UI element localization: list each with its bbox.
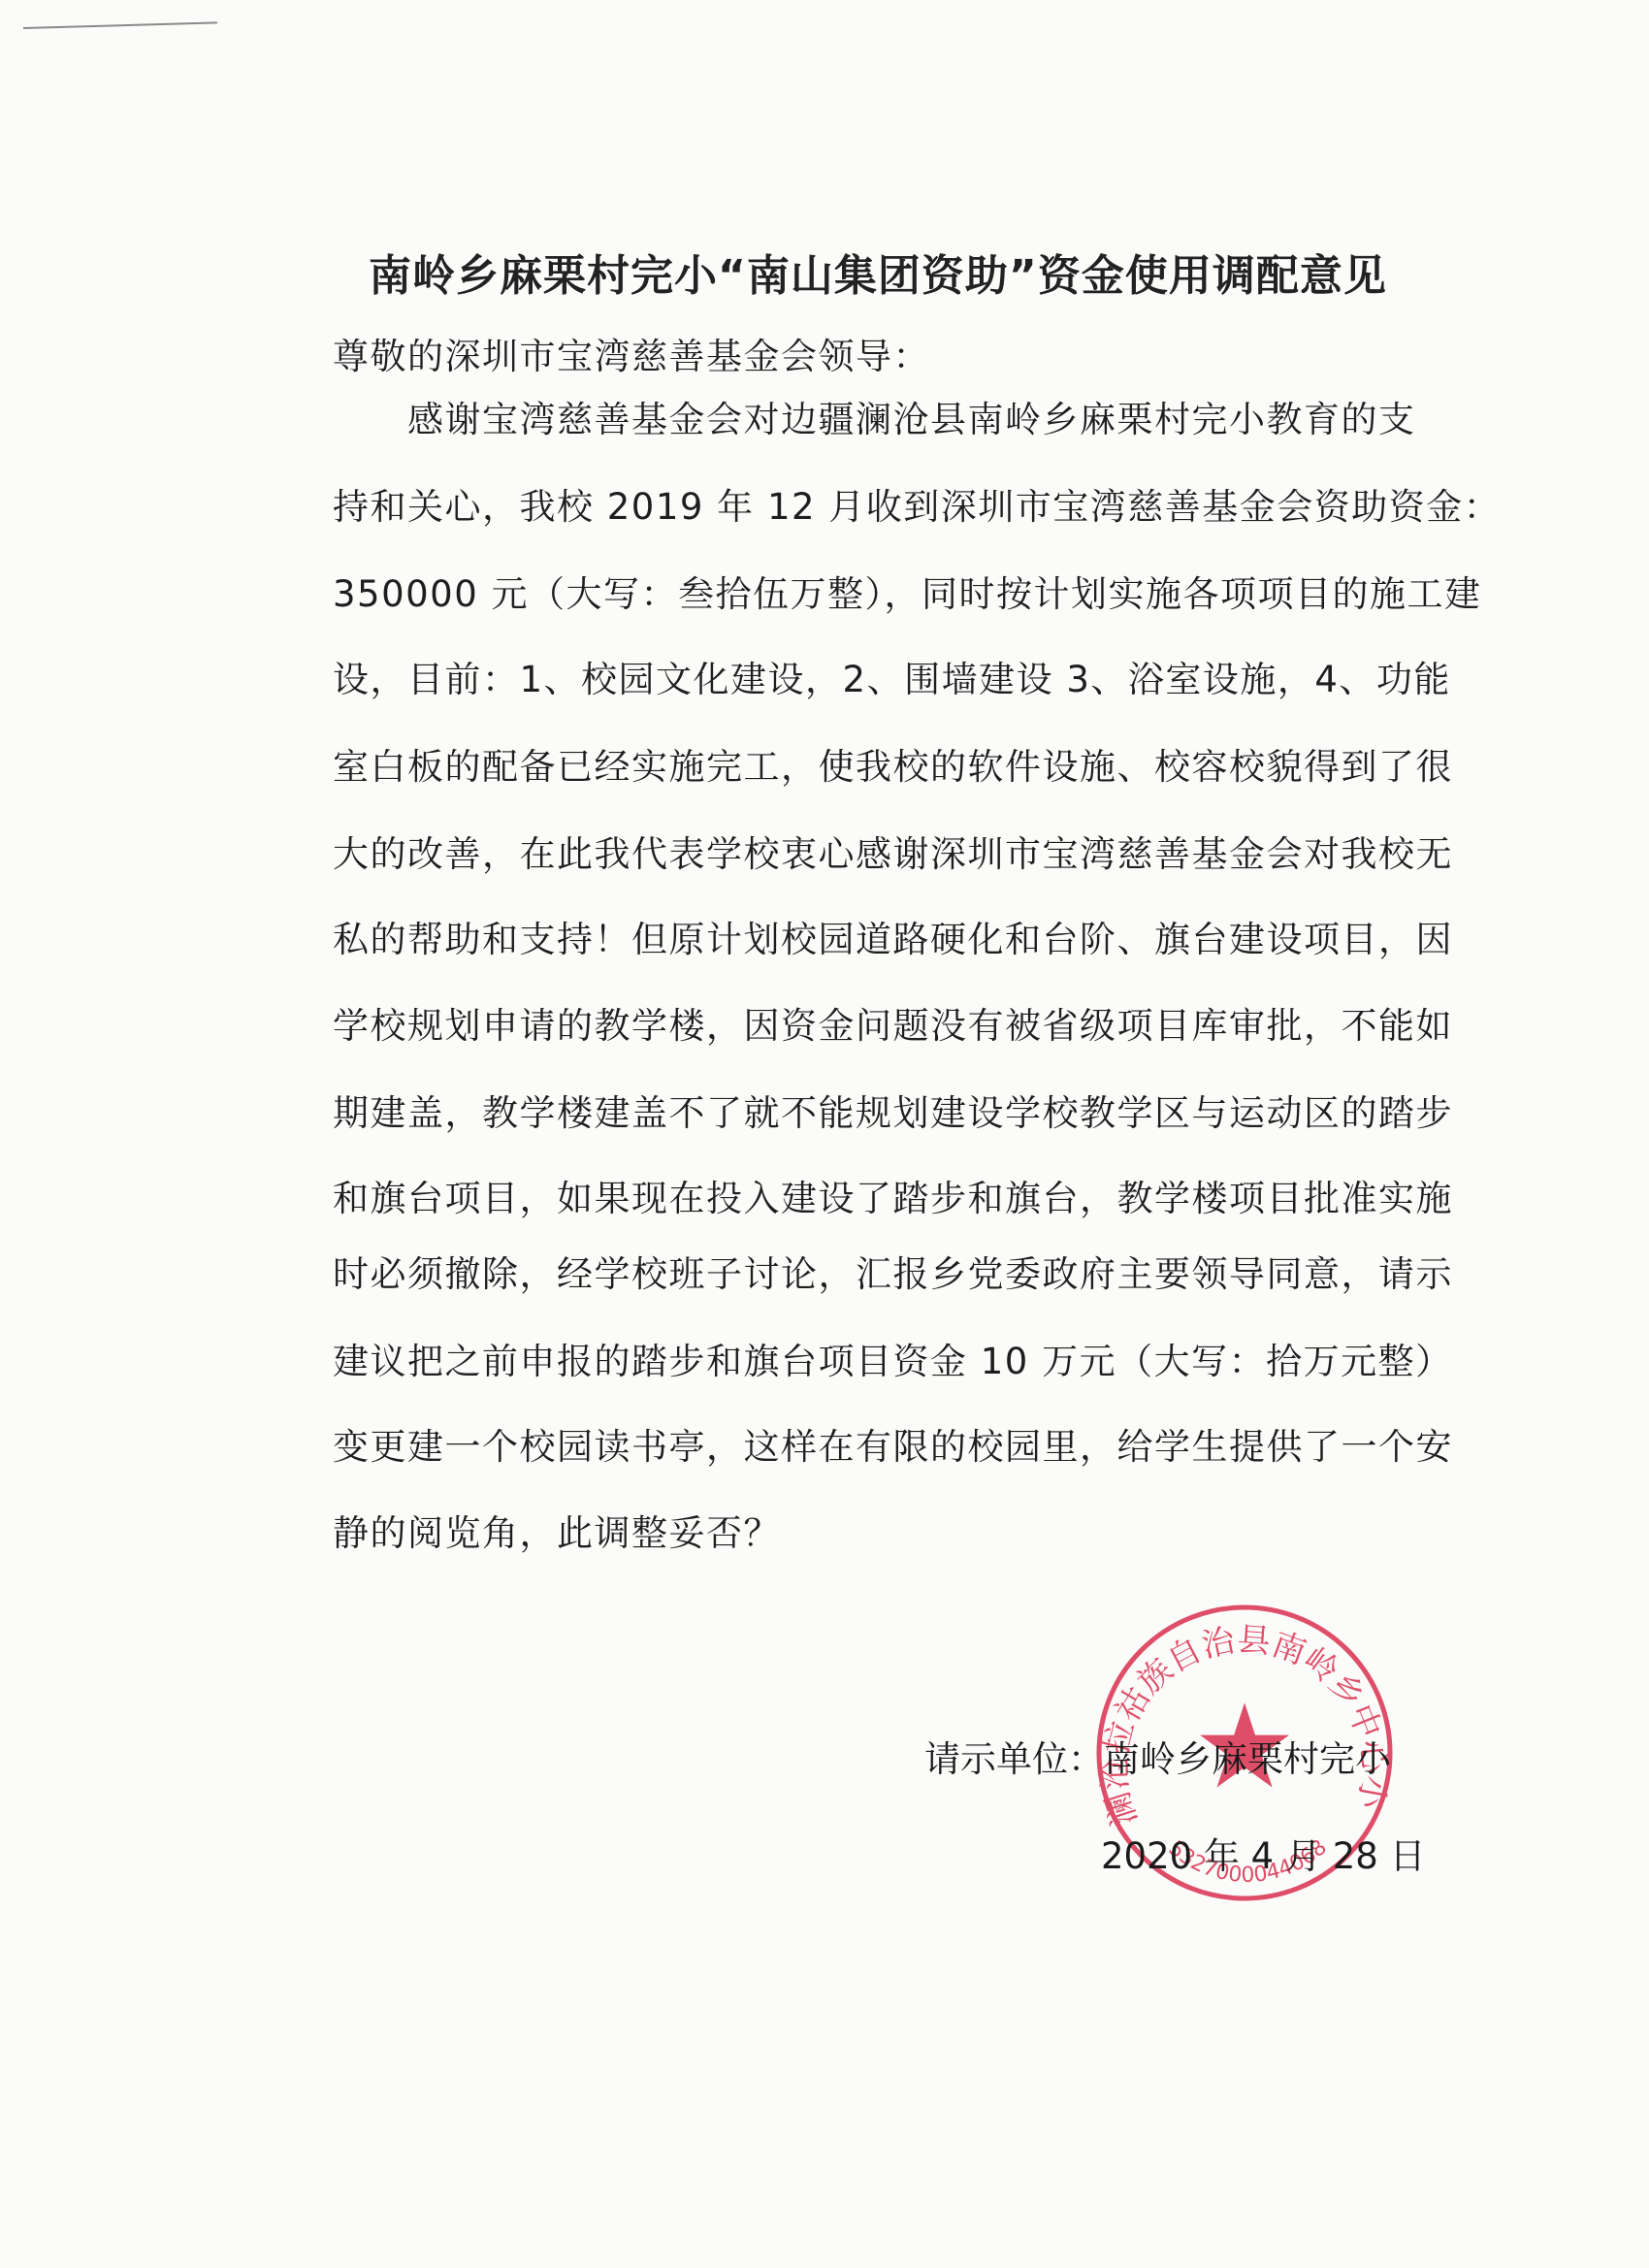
signature-unit: 请示单位：南岭乡麻栗村完小	[924, 1730, 1391, 1782]
body-line: 持和关心，我校 2019 年 12 月收到深圳市宝湾慈善基金会资助资金：	[333, 477, 1501, 530]
scan-artifact-line	[23, 21, 217, 29]
body-line: 变更建一个校园读书亭，这样在有限的校园里，给学生提供了一个安	[333, 1417, 1453, 1470]
body-line: 大的改善，在此我代表学校衷心感谢深圳市宝湾慈善基金会对我校无	[333, 825, 1453, 877]
body-line: 和旗台项目，如果现在投入建设了踏步和旗台，教学楼项目批准实施	[333, 1169, 1453, 1221]
body-line: 静的阅览角，此调整妥否？	[333, 1504, 781, 1556]
unit-name: 南岭乡麻栗村完小	[1104, 1738, 1391, 1780]
unit-label: 请示单位：	[924, 1738, 1104, 1780]
salutation: 尊敬的深圳市宝湾慈善基金会领导：	[333, 327, 930, 379]
body-line: 私的帮助和支持！但原计划校园道路硬化和台阶、旗台建设项目，因	[333, 910, 1453, 962]
signature-date: 2020 年 4 月 28 日	[1101, 1827, 1426, 1879]
body-line: 建议把之前申报的踏步和旗台项目资金 10 万元（大写：拾万元整）	[333, 1332, 1453, 1384]
body-line: 时必须撤除，经学校班子讨论，汇报乡党委政府主要领导同意，请示	[333, 1245, 1453, 1297]
body-line: 期建盖，教学楼建盖不了就不能规划建设学校教学区与运动区的踏步	[333, 1084, 1453, 1136]
body-line: 感谢宝湾慈善基金会对边疆澜沧县南岭乡麻栗村完小教育的支	[333, 390, 1416, 442]
body-line: 学校规划申请的教学楼，因资金问题没有被省级项目库审批，不能如	[333, 996, 1453, 1049]
body-line: 350000 元（大写：叁拾伍万整），同时按计划实施各项项目的施工建	[333, 565, 1482, 617]
body-line: 设，目前：1、校园文化建设，2、围墙建设 3、浴室设施，4、功能	[333, 650, 1451, 702]
body-line: 室白板的配备已经实施完工，使我校的软件设施、校容校貌得到了很	[333, 737, 1453, 790]
document-title: 南岭乡麻栗村完小“南山集团资助”资金使用调配意见	[369, 241, 1387, 303]
